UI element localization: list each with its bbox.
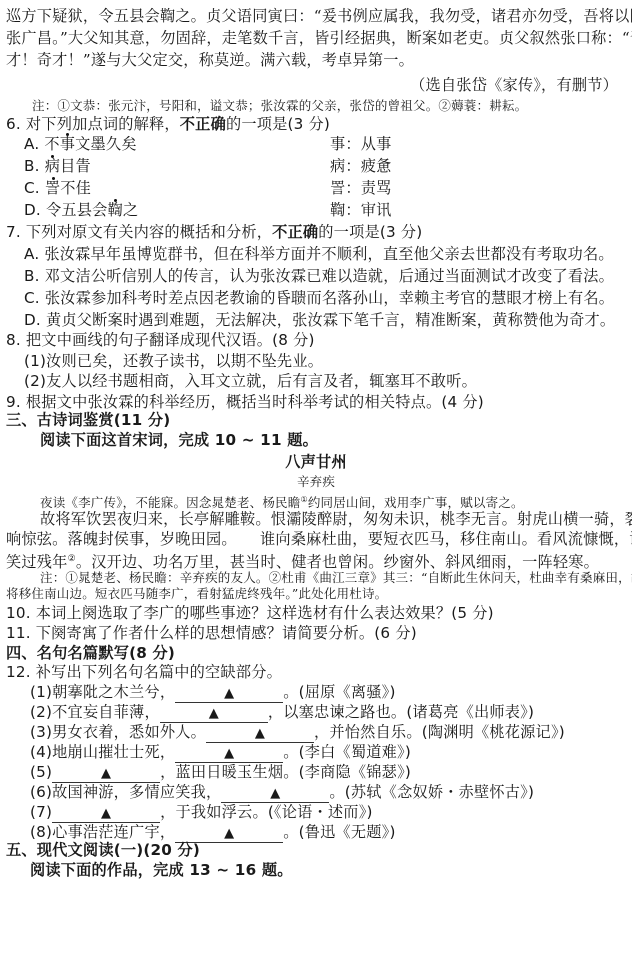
fill-blank-item: (5)▲，蓝田日暖玉生烟。(李商隐《锦瑟》) xyxy=(30,762,411,783)
fill-blank-item: (6)故国神游，多情应笑我，▲。(苏轼《念奴娇・赤壁怀古》) xyxy=(30,782,534,803)
option-a: A. 张汝霖早年虽博览群书，但在科举方面并不顺利，直至他父亲去世都没有考取功名。 xyxy=(24,244,614,264)
question-6: 6. 对下列加点词的解释，不正确的一项是(3 分) xyxy=(6,114,330,134)
option-b: B. 病目眚 xyxy=(24,156,91,176)
footnote: 注：①文恭：张元汴，号阳和，谥文恭；张汝霖的父亲，张岱的曾祖父。②薅蓑：耕耘。 xyxy=(32,98,527,114)
option-d: D. 黄贞父断案时遇到难题，无法解决，张汝霖下笔千言，精准断案，黄称赞他为奇才。 xyxy=(24,310,615,330)
option-c: C. 张汝霖参加科考时差点因老教谕的昏聩而名落孙山，幸赖主考官的慧眼才榜上有名。 xyxy=(24,288,614,308)
gloss-a: 事：从事 xyxy=(330,134,392,154)
question-10: 10. 本词上阕选取了李广的哪些事迹？这样选材有什么表达效果？(5 分) xyxy=(6,603,494,623)
option-a: A. 不事文墨久矣 xyxy=(24,134,137,154)
answer-blank[interactable]: ▲ xyxy=(52,766,160,783)
source-citation: （选自张岱《家传》，有删节） xyxy=(410,75,618,95)
fill-blank-item: (4)地崩山摧壮士死，▲。(李白《蜀道难》) xyxy=(30,742,411,763)
passage-line: 才！奇才！”遂与大父定交，称莫逆。满六载，考卓异第一。 xyxy=(6,50,414,70)
poem-title: 八声甘州 xyxy=(0,452,632,472)
gloss-b: 病：疲惫 xyxy=(330,156,392,176)
dotted-word: 病 xyxy=(45,157,60,175)
option-b: B. 邓文洁公听信别人的传言，认为张汝霖已难以造就，后通过当面测试才改变了看法。 xyxy=(24,266,614,286)
answer-blank[interactable]: ▲ xyxy=(175,686,283,703)
question-9: 9. 根据文中张汝霖的科举经历，概括当时科举考试的相关特点。(4 分) xyxy=(6,392,484,412)
option-c: C. 詈不佳 xyxy=(24,178,91,198)
passage-line: 巡方下疑狱，令五县会鞫之。贞父语同寅曰：“爰书例应属我，我勿受，诸君亦勿受，吾将… xyxy=(6,6,632,26)
poem-line: 故将军饮罢夜归来，长亭解雕鞍。恨灞陵醉尉，匆匆未识，桃李无言。射虎山横一骑，裂石 xyxy=(40,509,632,529)
poem-author: 辛弃疾 xyxy=(0,474,632,490)
footnote: 注：①晁楚老、杨民瞻：辛弃疾的友人。②杜甫《曲江三章》其三：“自断此生休问天，杜… xyxy=(40,570,632,586)
fill-blank-item: (1)朝搴阰之木兰兮，▲。(屈原《离骚》) xyxy=(30,682,396,703)
fill-blank-item: (7)▲，于我如浮云。(《论语・述而》) xyxy=(30,802,373,823)
answer-blank[interactable]: ▲ xyxy=(52,806,160,823)
footnote: 将移住南山边。短衣匹马随李广，看射猛虎终残年。”此处化用杜诗。 xyxy=(6,586,387,602)
section-instruction: 阅读下面的作品，完成 13 ~ 16 题。 xyxy=(30,860,293,880)
dotted-word: 事 xyxy=(60,135,75,153)
answer-blank[interactable]: ▲ xyxy=(175,746,283,763)
question-8: 8. 把文中画线的句子翻译成现代汉语。(8 分) xyxy=(6,330,315,350)
dotted-word: 詈 xyxy=(45,179,60,197)
answer-blank[interactable]: ▲ xyxy=(160,706,268,723)
poem-line: 笑过残年②。汉开边、功名万里，甚当时、健者也曾闲。纱窗外、斜风细雨，一阵轻寒。 xyxy=(6,549,599,572)
translation-item: (1)汝则已矣，还教子读书，以期不坠先业。 xyxy=(24,351,323,371)
answer-blank[interactable]: ▲ xyxy=(221,786,329,803)
section-instruction: 阅读下面这首宋词，完成 10 ~ 11 题。 xyxy=(40,430,318,450)
question-points: 的一项是(3 分) xyxy=(226,115,330,133)
question-7: 7. 下列对原文有关内容的概括和分析，不正确的一项是(3 分) xyxy=(6,222,422,242)
fill-blank-item: (2)不宜妄自菲薄，▲，以塞忠谏之路也。(诸葛亮《出师表》) xyxy=(30,702,534,723)
emphasis: 不正确 xyxy=(272,223,318,241)
option-d: D. 令五县会鞫之 xyxy=(24,200,138,220)
poem-line: 响惊弦。落魄封侯事，岁晚田园。 谁向桑麻杜曲，要短衣匹马，移住南山。看风流慷慨，… xyxy=(6,529,632,549)
exam-page: 巡方下疑狱，令五县会鞫之。贞父语同寅曰：“爰书例应属我，我勿受，诸君亦勿受，吾将… xyxy=(0,0,632,960)
answer-blank[interactable]: ▲ xyxy=(206,726,314,743)
question-stem: 6. 对下列加点词的解释， xyxy=(6,115,180,133)
gloss-c: 詈：责骂 xyxy=(330,178,392,198)
section-heading: 三、古诗词鉴赏(11 分) xyxy=(6,410,170,430)
passage-line: 张广昌。”大父知其意，勿固辞，走笔数千言，皆引经据典，断案如老吏。贞父叙然张口称… xyxy=(6,28,632,48)
emphasis: 不正确 xyxy=(180,115,226,133)
section-heading: 四、名句名篇默写(8 分) xyxy=(6,643,175,663)
gloss-d: 鞫：审讯 xyxy=(330,200,392,220)
dotted-word: 鞫 xyxy=(108,201,123,219)
question-11: 11. 下阕寄寓了作者什么样的思想情感？请简要分析。(6 分) xyxy=(6,623,417,643)
question-12: 12. 补写出下列名句名篇中的空缺部分。 xyxy=(6,662,282,682)
translation-item: (2)友人以经书题相商，入耳文立就，后有言及者，辄塞耳不敢听。 xyxy=(24,371,477,391)
fill-blank-item: (3)男女衣着，悉如外人。▲，并怡然自乐。(陶渊明《桃花源记》) xyxy=(30,722,565,743)
section-heading: 五、现代文阅读(一)(20 分) xyxy=(6,840,200,860)
